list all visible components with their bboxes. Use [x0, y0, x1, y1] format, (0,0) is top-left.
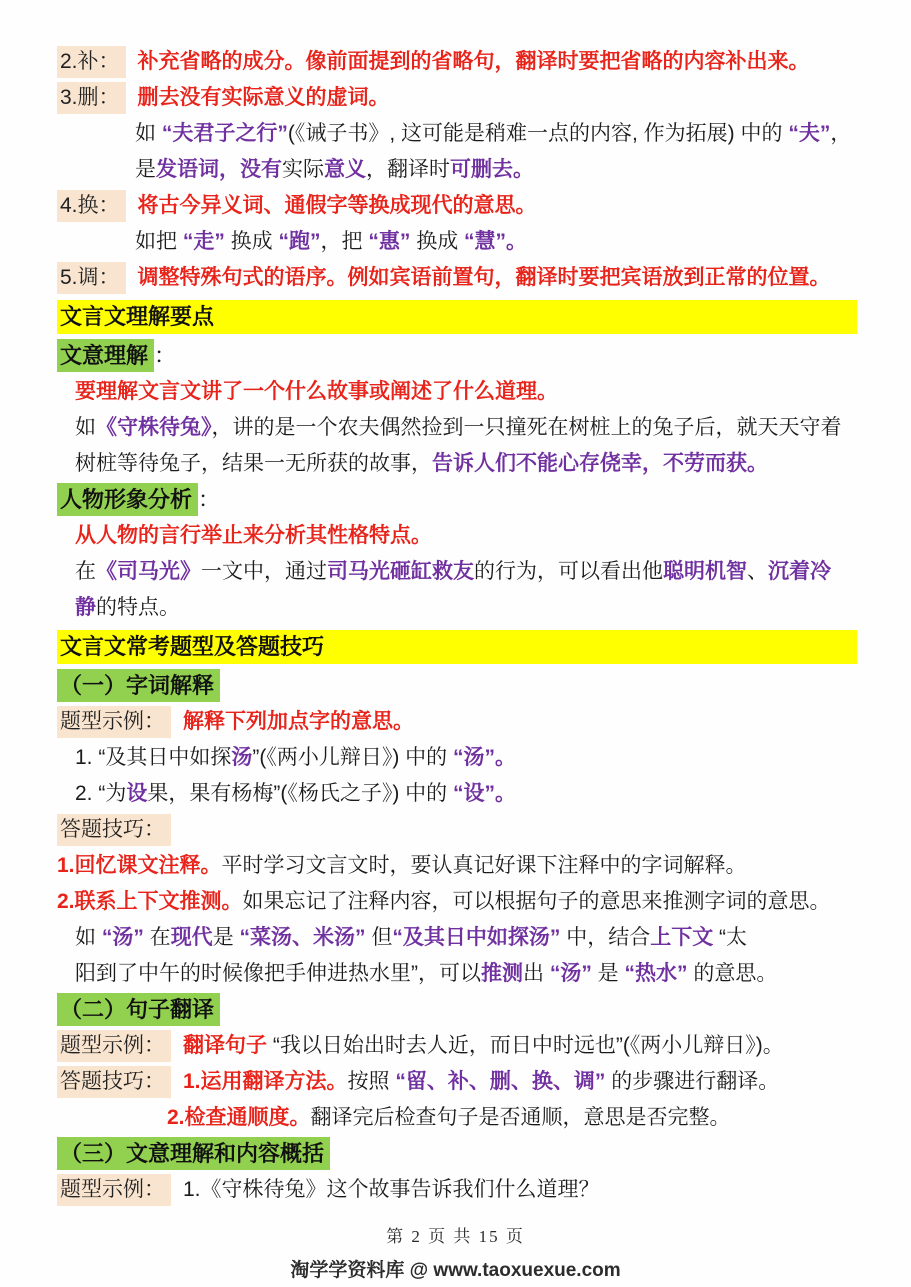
- word-explain-skill-label: 答题技巧：: [57, 812, 857, 848]
- text-segment: ，讲的是一个农夫偶然捡到一只撞死在树桩上的兔子后，就天天守着: [212, 416, 842, 439]
- text-segment: 上下文: [650, 926, 713, 949]
- text-segment: 的意思。: [688, 962, 778, 985]
- green-highlight: 文意理解: [57, 339, 154, 372]
- text-segment: 2.联系上下文推测。: [57, 890, 243, 913]
- document-page: 2.补：补充省略的成分。像前面提到的省略句，翻译时要把省略的内容补出来。3.删：…: [0, 0, 911, 1287]
- text-segment: 翻译句子: [183, 1034, 267, 1057]
- text-segment: “走”: [183, 230, 225, 253]
- text-segment: 如: [135, 122, 162, 145]
- word-skill-example-1: 如 “汤” 在现代是 “菜汤、米汤” 但“及其日中如探汤” 中，结合上下文 “太: [57, 920, 857, 956]
- word-explain-q2: 2. “为设果，果有杨梅”(《杨氏之子》) 中的 “设”。: [57, 776, 857, 812]
- subsection-character: 人物形象分析：: [57, 482, 857, 518]
- page-number: 第 2 页 共 15 页: [0, 1222, 911, 1247]
- item-label: 题型示例：: [57, 706, 171, 738]
- section-comprehension: 文言文理解要点: [57, 300, 857, 334]
- item-shan-example-2: 是发语词，没有实际意义，翻译时可删去。: [57, 152, 857, 188]
- text-segment: 2. “为: [75, 782, 126, 805]
- summary-sample: 题型示例：1.《守株待兔》这个故事告诉我们什么道理？: [57, 1172, 857, 1208]
- character-example-1: 在《司马光》一文中，通过司马光砸缸救友的行为，可以看出他聪明机智、沉着冷: [57, 554, 857, 590]
- translate-skill-2: 2.检查通顺度。翻译完后检查句子是否通顺，意思是否完整。: [57, 1100, 857, 1136]
- text-segment: ，: [830, 122, 851, 145]
- heading-suffix: ：: [154, 343, 176, 368]
- text-segment: “跑”: [279, 230, 321, 253]
- text-segment: “夫”: [788, 122, 830, 145]
- text-segment: 中，结合: [560, 926, 650, 949]
- item-label: 题型示例：: [57, 1030, 171, 1062]
- text-segment: 树桩等待兔子，结果一无所获的故事，: [75, 452, 432, 475]
- item-label: 2.补：: [57, 46, 126, 78]
- item-bu: 2.补：补充省略的成分。像前面提到的省略句，翻译时要把省略的内容补出来。: [57, 44, 857, 80]
- heading-suffix: ：: [198, 487, 220, 512]
- text-segment: 出: [523, 962, 550, 985]
- text-segment: 解释下列加点字的意思。: [183, 710, 414, 733]
- text-segment: 设: [126, 782, 147, 805]
- text-segment: 删去没有实际意义的虚词。: [138, 86, 390, 109]
- text-segment: 如: [75, 416, 96, 439]
- character-example-2: 静的特点。: [57, 590, 857, 626]
- text-segment: “我以日始出时去人近，而日中时远也”(《两小儿辩日》)。: [267, 1034, 784, 1057]
- text-segment: 可删去。: [450, 158, 534, 181]
- text-segment: “汤”: [550, 962, 592, 985]
- word-explain-q1: 1. “及其日中如探汤”(《两小儿辩日》) 中的 “汤”。: [57, 740, 857, 776]
- text-segment: 但: [366, 926, 393, 949]
- green-highlight: （三）文意理解和内容概括: [57, 1137, 330, 1170]
- text-segment: 发语词，没有: [156, 158, 282, 181]
- text-segment: 换成: [225, 230, 279, 253]
- text-segment: 阳到了中午的时候像把手伸进热水里”，可以: [75, 962, 481, 985]
- green-highlight: 人物形象分析: [57, 483, 198, 516]
- text-segment: 在: [75, 560, 96, 583]
- text-segment: “慧”。: [464, 230, 527, 253]
- item-label: 5.调：: [57, 262, 126, 294]
- text-segment: 按照: [348, 1070, 396, 1093]
- translate-sample: 题型示例：翻译句子 “我以日始出时去人近，而日中时远也”(《两小儿辩日》)。: [57, 1028, 857, 1064]
- text-segment: “汤”: [102, 926, 144, 949]
- text-segment: 翻译完后检查句子是否通顺，意思是否完整。: [311, 1106, 731, 1129]
- text-segment: 2.检查通顺度。: [167, 1106, 311, 1129]
- text-segment: 汤: [231, 746, 252, 769]
- text-segment: “惠”: [368, 230, 410, 253]
- text-segment: 沉着冷: [768, 560, 831, 583]
- meaning-example-1: 如《守株待兔》，讲的是一个农夫偶然捡到一只撞死在树桩上的兔子后，就天天守着: [57, 410, 857, 446]
- text-segment: 1.运用翻译方法。: [183, 1070, 348, 1093]
- text-segment: 实际: [282, 158, 324, 181]
- text-segment: 是: [213, 926, 240, 949]
- word-skill-1: 1.回忆课文注释。平时学习文言文时，要认真记好课下注释中的字词解释。: [57, 848, 857, 884]
- text-segment: “留、补、删、换、调”: [395, 1070, 605, 1093]
- text-segment: 调整特殊句式的语序。例如宾语前置句，翻译时要把宾语放到正常的位置。: [138, 266, 831, 289]
- text-segment: 果，果有杨梅”(《杨氏之子》) 中的: [147, 782, 453, 805]
- text-segment: “热水”: [625, 962, 688, 985]
- word-skill-2: 2.联系上下文推测。如果忘记了注释内容，可以根据句子的意思来推测字词的意思。: [57, 884, 857, 920]
- text-segment: 静: [75, 596, 96, 619]
- text-segment: “及其日中如探汤”: [392, 926, 560, 949]
- item-label: 题型示例：: [57, 1174, 171, 1206]
- text-segment: 如: [75, 926, 102, 949]
- text-segment: 1.回忆课文注释。: [57, 854, 222, 877]
- text-segment: “设”。: [453, 782, 516, 805]
- text-segment: 是: [592, 962, 625, 985]
- subsection-word-explain: （一）字词解释: [57, 668, 857, 704]
- item-huan-example: 如把 “走” 换成 “跑”，把 “惠” 换成 “慧”。: [57, 224, 857, 260]
- text-segment: “菜汤、米汤”: [240, 926, 366, 949]
- text-segment: 1.《守株待兔》这个故事告诉我们什么道理？: [183, 1178, 600, 1201]
- meaning-example-2: 树桩等待兔子，结果一无所获的故事，告诉人们不能心存侥幸，不劳而获。: [57, 446, 857, 482]
- text-segment: 如果忘记了注释内容，可以根据句子的意思来推测字词的意思。: [243, 890, 831, 913]
- text-segment: ”(《两小儿辩日》) 中的: [252, 746, 453, 769]
- item-label: 答题技巧：: [57, 1066, 171, 1098]
- text-segment: 1. “及其日中如探: [75, 746, 231, 769]
- text-segment: 是: [135, 158, 156, 181]
- watermark: 淘学学资料库 @ www.taoxuexue.com: [0, 1255, 911, 1282]
- text-segment: 现代: [171, 926, 213, 949]
- item-label: 答题技巧：: [57, 814, 171, 846]
- item-diao: 5.调：调整特殊句式的语序。例如宾语前置句，翻译时要把宾语放到正常的位置。: [57, 260, 857, 296]
- subsection-meaning: 文意理解：: [57, 338, 857, 374]
- text-segment: 要理解文言文讲了一个什么故事或阐述了什么道理。: [75, 380, 558, 403]
- meaning-rule: 要理解文言文讲了一个什么故事或阐述了什么道理。: [57, 374, 857, 410]
- text-segment: “太: [713, 926, 747, 949]
- item-huan: 4.换：将古今异义词、通假字等换成现代的意思。: [57, 188, 857, 224]
- document-content: 2.补：补充省略的成分。像前面提到的省略句，翻译时要把省略的内容补出来。3.删：…: [57, 44, 857, 1208]
- text-segment: 在: [144, 926, 171, 949]
- text-segment: 、: [747, 560, 768, 583]
- text-segment: 如把: [135, 230, 183, 253]
- text-segment: 司马光砸缸救友: [327, 560, 474, 583]
- item-shan: 3.删：删去没有实际意义的虚词。: [57, 80, 857, 116]
- character-rule: 从人物的言行举止来分析其性格特点。: [57, 518, 857, 554]
- text-segment: 换成: [410, 230, 464, 253]
- text-segment: 一文中，通过: [201, 560, 327, 583]
- translate-skill-1: 答题技巧：1.运用翻译方法。按照 “留、补、删、换、调” 的步骤进行翻译。: [57, 1064, 857, 1100]
- text-segment: 平时学习文言文时，要认真记好课下注释中的字词解释。: [222, 854, 747, 877]
- text-segment: 《司马光》: [96, 560, 201, 583]
- item-shan-example-1: 如 “夫君子之行”(《诫子书》, 这可能是稍难一点的内容, 作为拓展) 中的 “…: [57, 116, 857, 152]
- text-segment: 意义: [324, 158, 366, 181]
- section-question-types: 文言文常考题型及答题技巧: [57, 630, 857, 664]
- item-label: 3.删：: [57, 82, 126, 114]
- text-segment: 补充省略的成分。像前面提到的省略句，翻译时要把省略的内容补出来。: [138, 50, 810, 73]
- item-label: 4.换：: [57, 190, 126, 222]
- text-segment: 的行为，可以看出他: [474, 560, 663, 583]
- text-segment: 告诉人们不能心存侥幸，不劳而获。: [432, 452, 768, 475]
- green-highlight: （二）句子翻译: [57, 993, 220, 1026]
- word-explain-sample: 题型示例：解释下列加点字的意思。: [57, 704, 857, 740]
- word-skill-example-2: 阳到了中午的时候像把手伸进热水里”，可以推测出 “汤” 是 “热水” 的意思。: [57, 956, 857, 992]
- text-segment: 推测: [481, 962, 523, 985]
- text-segment: ，翻译时: [366, 158, 450, 181]
- text-segment: (《诫子书》, 这可能是稍难一点的内容, 作为拓展) 中的: [288, 122, 789, 145]
- text-segment: “夫君子之行”: [162, 122, 288, 145]
- text-segment: 《守株待兔》: [96, 416, 212, 439]
- text-segment: “汤”。: [453, 746, 516, 769]
- text-segment: ，把: [321, 230, 369, 253]
- subsection-sentence-translate: （二）句子翻译: [57, 992, 857, 1028]
- subsection-summary: （三）文意理解和内容概括: [57, 1136, 857, 1172]
- text-segment: 将古今异义词、通假字等换成现代的意思。: [138, 194, 537, 217]
- text-segment: 的步骤进行翻译。: [605, 1070, 779, 1093]
- text-segment: 从人物的言行举止来分析其性格特点。: [75, 524, 432, 547]
- text-segment: 聪明机智: [663, 560, 747, 583]
- text-segment: 的特点。: [96, 596, 180, 619]
- green-highlight: （一）字词解释: [57, 669, 220, 702]
